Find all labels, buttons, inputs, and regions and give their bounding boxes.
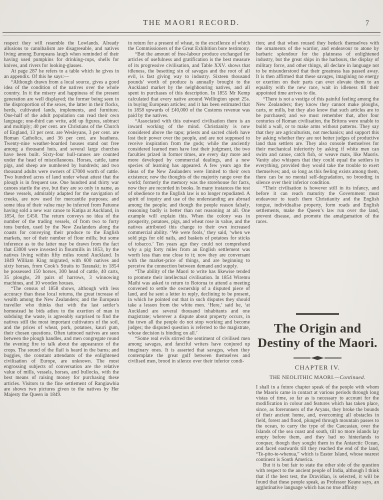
article-section: The Origin and Destiny of the Maori. CHA… [256, 313, 379, 490]
ornament-line-right [325, 358, 342, 359]
paragraph: “The ability of the Maori to write has l… [128, 269, 250, 336]
header-rule [3, 32, 381, 36]
text-column-3: tion; and that when roused they bedeck t… [256, 41, 379, 496]
page-header-title: THE MAORI RECORD. [143, 19, 240, 27]
paragraph: “Although drawn from a local source, giv… [4, 80, 119, 286]
paragraph: I shall in a future chapter speak of the… [256, 385, 379, 463]
text-columns: respect they will resemble the Lowlands.… [0, 41, 383, 496]
paragraph: “Their civilisation is however still in … [256, 186, 379, 225]
chapter-heading: CHAPTER IV. [256, 364, 379, 372]
article-title-line1: The Origin and [256, 321, 379, 336]
scanned-page: THE MAORI RECORD. 7 respect they will re… [0, 0, 383, 500]
paragraph: respect they will resemble the Lowlands.… [4, 41, 119, 69]
article-title-line2: Destiny of the Maori. [256, 336, 379, 351]
paragraph: in return for a present of wheat, to the… [128, 41, 250, 52]
ornament-line-left [294, 358, 311, 359]
section-subtitle: THE NEOLITHIC MAORI.—Continued. [256, 375, 379, 381]
ornament-diamond [311, 356, 324, 360]
paragraph: “Some real evils stirred the sentiment o… [128, 336, 250, 364]
paragraph: But it is but fair to state the other si… [256, 463, 379, 491]
paragraph: “Associated with this outward civilisati… [128, 119, 250, 270]
diamond-ornament-icon [256, 356, 379, 360]
paragraph: “There is not a vestige of this painful … [256, 96, 379, 185]
paragraph: “The census of 1858 shows, although with… [4, 286, 119, 398]
page-number: 7 [366, 19, 370, 29]
text-column-2: in return for a present of wheat, to the… [128, 41, 250, 496]
page-content: THE MAORI RECORD. 7 respect they will re… [0, 0, 383, 500]
paragraph: “But the amount of free-labour produce e… [128, 52, 250, 119]
text-column-1: respect they will resemble the Lowlands.… [4, 41, 119, 496]
section-subtitle-continued: —Continued. [335, 375, 366, 381]
article-title: The Origin and Destiny of the Maori. [256, 321, 379, 350]
running-head: THE MAORI RECORD. 7 [0, 0, 383, 28]
paragraph: tion; and that when roused they bedeck t… [256, 41, 379, 97]
section-subtitle-main: THE NEOLITHIC MAORI. [269, 375, 334, 381]
section-divider-rule [296, 313, 339, 315]
paragraph: At page 287 he refers to a table which h… [4, 68, 119, 79]
